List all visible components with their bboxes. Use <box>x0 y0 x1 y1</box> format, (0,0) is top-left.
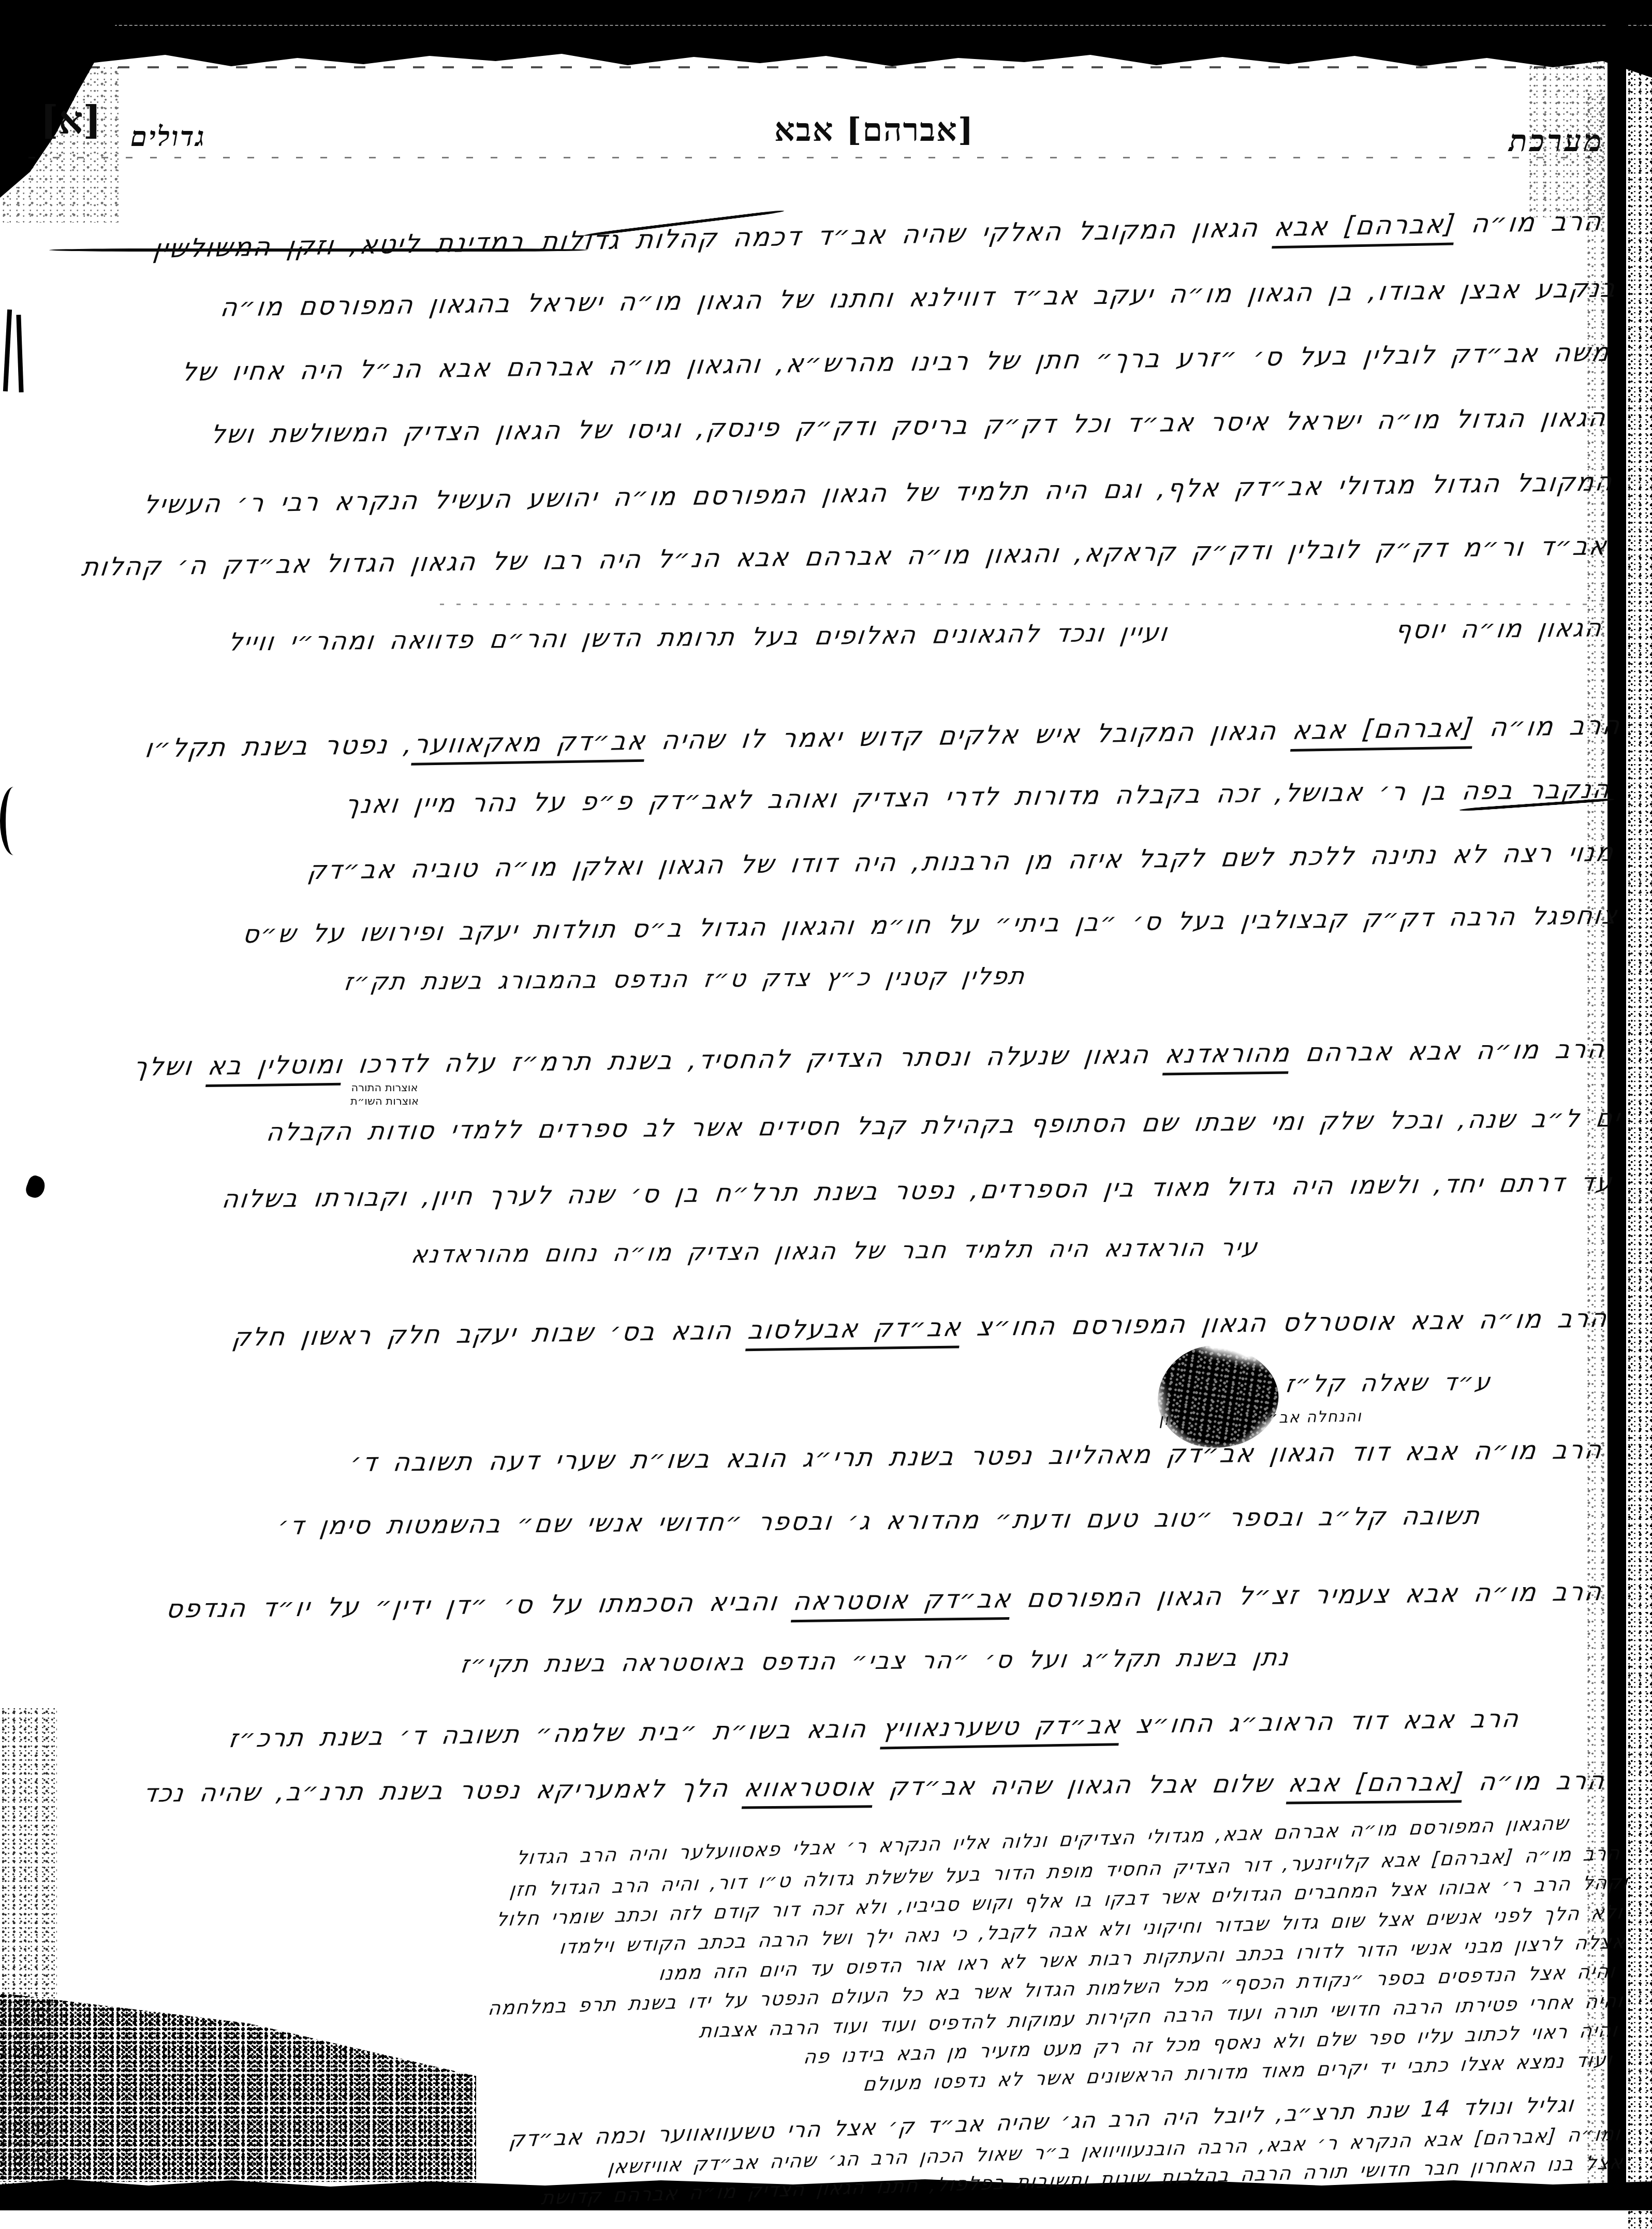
handwritten-line: עיר הוראדנא היה תלמיד חבר של הגאון הצדיק… <box>410 1233 1261 1268</box>
margin-mark <box>24 1174 48 1200</box>
underlined-phrase: אב״דק אבעלסוב <box>745 1312 964 1351</box>
handwritten-line: הגאון הגדול מו״ה ישראל איסר אב״ד וכל דק״… <box>209 403 1608 449</box>
scan-artifact-line <box>0 25 1652 26</box>
dotted-rule <box>28 157 1597 158</box>
header-entry-title: [אברהם] אבא <box>774 111 974 149</box>
underlined-phrase: אוסטראווא <box>742 1772 877 1809</box>
scan-artifact-line <box>0 66 1652 68</box>
handwritten-line: הרב מו״ה אבא צעמיר זצ״ל הגאון המפורסם אב… <box>165 1577 1605 1624</box>
handwritten-line: הרב מו״ה [אברהם] אבא שלום אבל הגאון שהיה… <box>141 1766 1607 1808</box>
handwritten-line: משה אב״דק לובלין בעל ס׳ ״זרע ברך״ חתן של… <box>180 338 1613 387</box>
handwritten-line: הרב אבא דוד הראוב״ג החו״צ אב״דק טשערנאוו… <box>227 1704 1522 1753</box>
dotted-rule <box>440 604 1604 605</box>
header-category-label: גדולים <box>130 121 206 153</box>
tiny-print-line: אוצרות התורה <box>335 1081 434 1094</box>
underlined-phrase: אב״דק מאקאווער <box>411 726 648 766</box>
handwritten-line: בנקבע אבצן אבודו, בן הגאון מו״ה יעקב אב״… <box>218 273 1618 322</box>
header-corner-letter: [א] <box>40 98 101 143</box>
scan-noise <box>1626 0 1652 2229</box>
handwritten-line: הרב מו״ה [אברהם] אבא הגאון המקובל האלקי … <box>152 206 1604 264</box>
underlined-phrase: [אברהם] אבא <box>1290 712 1477 752</box>
handwritten-line: הנקבר בפה בן ר׳ אבושל, זכה בקבלה מדורות … <box>343 774 1612 819</box>
tiny-print-line: אוצרות השו״ת <box>335 1094 434 1108</box>
handwritten-line: נתן בשנת תקל״ג ועל ס׳ ״הר צבי״ הנדפס באו… <box>459 1643 1292 1678</box>
underlined-phrase: אב״דק טשערנאוויץ <box>880 1710 1123 1749</box>
handwritten-line: אב״ד ור״מ דק״ק לובלין ודק״ק קראקא, והגאו… <box>80 531 1610 582</box>
underlined-phrase: [אברהם] אבא <box>1286 1767 1466 1804</box>
handwritten-line: תשובה קל״ב ובספר ״טוב טעם ודעת״ מהדורא ג… <box>276 1501 1483 1541</box>
scan-noise <box>0 67 119 223</box>
handwritten-line: המקובל הגדול מגדולי אב״דק אלף, וגם היה ת… <box>142 467 1615 520</box>
handwritten-line: הגאון מו״ה יוסף ועיין ונכד להגאונים האלו… <box>227 613 1605 657</box>
handwritten-line: תפלין קטנין כ״ץ צדק ט״ז הנדפס בהמבורג בש… <box>342 962 1027 996</box>
handwritten-line: מנוי רצה לא נתינה ללכת לשם לקבל איזה מן … <box>306 838 1617 885</box>
handwritten-line: הרב מו״ה [אברהם] אבא הגאון המקובל איש אל… <box>143 710 1623 764</box>
underlined-phrase: [אברהם] אבא <box>1272 209 1458 248</box>
handwritten-line: עד דרתם יחד, ולשמו היה גדול מאוד בין הספ… <box>220 1168 1615 1214</box>
underlined-phrase: אב״דק אוסטראה <box>791 1584 1014 1622</box>
handwritten-line: ע״ד שאלה קל״ז <box>1284 1368 1494 1398</box>
tiny-print-annotation: אוצרות התורה אוצרות השו״ת <box>335 1081 434 1108</box>
underlined-phrase: ומוטלין בא <box>205 1050 345 1087</box>
margin-mark <box>0 787 27 855</box>
scan-border-top <box>0 0 1652 85</box>
pen-stroke <box>49 248 587 252</box>
scan-noise <box>0 1993 476 2182</box>
scanned-manuscript-page: מערכת [אברהם] אבא גדולים [א] הרב מו״ה [א… <box>0 0 1652 2229</box>
underlined-phrase: מהוראדנא <box>1162 1038 1292 1075</box>
handwritten-line: הרב מו״ה אבא אברהם מהוראדנא הגאון שנעלה … <box>131 1034 1607 1082</box>
handwritten-line: הרב מו״ה אבא דוד הגאון אב״דק מאהליוב נפט… <box>349 1435 1605 1477</box>
margin-mark <box>16 315 23 392</box>
handwritten-line: צוחפגל הרבה דק״ק קבצולבין בעל ס׳ ״בן בית… <box>241 901 1620 949</box>
handwritten-line: הרב מו״ה אבא אוסטרלס הגאון המפורסם החו״צ… <box>230 1303 1610 1352</box>
header-section-label: מערכת <box>1509 123 1604 158</box>
handwritten-line: ים ל״ב שנה, ובכל שלק ומי שבתו שם הסתופף … <box>264 1104 1623 1147</box>
margin-mark <box>3 310 12 391</box>
